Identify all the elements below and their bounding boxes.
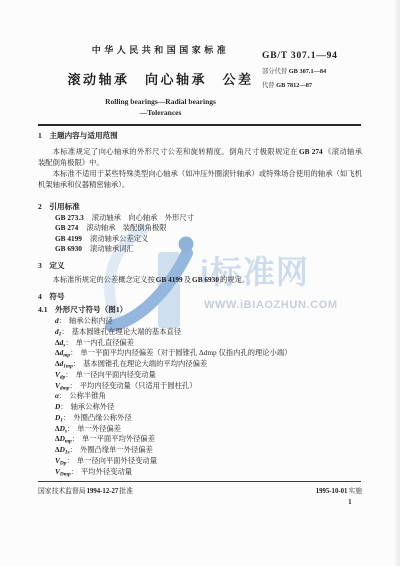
- symbol-item: Δdmp：单一平面平均内径偏差（对于圆锥孔 Δdmp 仅指内孔的理论小端）: [55, 348, 362, 359]
- symbol-item: ΔDs：单一外径偏差: [55, 424, 362, 435]
- approval-line: 国家技术监督局1994-12-27批准: [38, 485, 133, 495]
- symbol-notation: Vdp：: [55, 370, 76, 379]
- paragraph-text: 本标准规定了向心轴承的外形尺寸公差和旋转精度。倒角尺寸极限规定在: [53, 147, 298, 156]
- symbol-colon: ：: [69, 381, 76, 390]
- symbol-description: 单一径向平面内径变动量: [76, 370, 156, 379]
- symbol-description: 单一内孔直径偏差: [76, 338, 134, 347]
- symbol-item: d1：基本圆锥孔在理论大端的基本直径: [55, 327, 362, 338]
- section-4-1-heading: 4.1 外形尺寸符号（图1）: [38, 305, 362, 315]
- symbol-description: 单一平面平均外径偏差: [82, 434, 155, 443]
- paragraph-text: 本标准所规定的公差概念定义按: [53, 275, 155, 284]
- section-1-paragraph-2: 本标准不适用于某些特殊类型向心轴承（如冲压外圈滚针轴承）或特殊场合使用的轴承（如…: [38, 168, 362, 190]
- reference-item: GB 6930滚动轴承词汇: [55, 244, 355, 254]
- symbol-description: 平均内径变动量（只适用于圆柱孔）: [80, 381, 197, 390]
- page-number: 1: [348, 497, 352, 506]
- paragraph-text: 的规定。: [220, 275, 249, 284]
- symbol-notation: d：: [55, 316, 69, 325]
- symbol-colon: ：: [61, 327, 68, 336]
- symbol-colon: ：: [70, 348, 77, 357]
- section-1-paragraph-1: 本标准规定了向心轴承的外形尺寸公差和旋转精度。倒角尺寸极限规定在GB 274《滚…: [38, 146, 362, 168]
- section-1-heading: 1 主题内容与适用范围: [38, 131, 362, 141]
- paragraph-text: 及: [184, 275, 191, 284]
- symbol-item: ΔD1s：外圈凸缘单一外径偏差: [55, 445, 362, 456]
- referenced-code: GB 274: [299, 147, 323, 156]
- symbol-colon: ：: [72, 434, 79, 443]
- symbol-notation: VDmp：: [55, 467, 81, 476]
- symbol-colon: ：: [67, 424, 74, 433]
- reference-item: GB 273.3滚动轴承 向心轴承 外形尺寸: [55, 213, 355, 223]
- symbol-notation: D：: [55, 402, 71, 411]
- document-body: 1 主题内容与适用范围 本标准规定了向心轴承的外形尺寸公差和旋转精度。倒角尺寸极…: [38, 0, 362, 566]
- reference-name: 滚动轴承 向心轴承 外形尺寸: [92, 213, 194, 222]
- symbol-colon: ：: [65, 370, 72, 379]
- document-page: i标准网 WWW.iBIAOZHUN.COM 中华人民共和国国家标准 滚动轴承 …: [0, 0, 400, 566]
- section-3-heading: 3 定义: [38, 261, 362, 271]
- symbol-item: VDp：单一径向平面外径变动量: [55, 456, 362, 467]
- symbol-subscript: Dmp: [60, 471, 71, 477]
- symbol-colon: ：: [73, 359, 80, 368]
- symbol-description: 单一平面平均内径偏差（对于圆锥孔 Δdmp 仅指内孔的理论小端）: [80, 348, 291, 357]
- section-2-heading: 2 引用标准: [38, 202, 362, 212]
- reference-name: 滚动轴承公差定义: [90, 234, 148, 243]
- symbol-description: 外圈凸缘公称外径: [73, 413, 131, 422]
- section-3-paragraph: 本标准所规定的公差概念定义按GB 4199及GB 6930的规定。: [38, 274, 362, 285]
- symbol-colon: ：: [71, 467, 78, 476]
- approval-suffix: 批准: [119, 488, 133, 495]
- symbol-description: 公称半锥角: [69, 391, 105, 400]
- symbol-subscript: 1s: [65, 450, 70, 456]
- symbol-description: 平均外径变动量: [81, 467, 132, 476]
- symbol-notation: ΔDmp：: [55, 434, 82, 443]
- symbol-description: 基本圆锥孔在理论大端的基本直径: [72, 327, 181, 336]
- approval-date: 1994-12-27: [87, 488, 119, 495]
- section-4-heading: 4 符号: [38, 292, 362, 302]
- symbol-list: d：轴承公称内径 d1：基本圆锥孔在理论大端的基本直径 Δds：单一内孔直径偏差…: [55, 316, 362, 477]
- symbol-item: D：轴承公称外径: [55, 402, 362, 413]
- reference-name: 滚动轴承 装配倒角极限: [86, 223, 166, 232]
- symbol-notation: ΔDs：: [55, 424, 77, 433]
- symbol-colon: ：: [59, 316, 66, 325]
- symbol-item: α：公称半锥角: [55, 391, 362, 402]
- symbol-item: Vdp：单一径向平面内径变动量: [55, 370, 362, 381]
- reference-name: 滚动轴承词汇: [90, 244, 134, 253]
- approval-org: 国家技术监督局: [38, 488, 86, 495]
- symbol-description: 基本圆锥孔在理论大端的平均内径偏差: [83, 359, 207, 368]
- symbol-subscript: mp: [65, 439, 72, 445]
- symbol-colon: ：: [59, 391, 66, 400]
- symbol-notation: Δd1mp：: [55, 359, 83, 368]
- symbol-description: 轴承公称内径: [69, 316, 113, 325]
- symbol-description: 轴承公称外径: [71, 402, 115, 411]
- implementation-suffix: 实施: [348, 488, 362, 495]
- referenced-code: GB 4199: [156, 275, 183, 284]
- reference-list: GB 273.3滚动轴承 向心轴承 外形尺寸 GB 274滚动轴承 装配倒角极限…: [55, 213, 355, 255]
- symbol-colon: ：: [60, 402, 67, 411]
- reference-code: GB 273.3: [55, 213, 84, 222]
- symbol-item: ΔDmp：单一平面平均外径偏差: [55, 434, 362, 445]
- reference-code: GB 4199: [55, 234, 82, 243]
- symbol-item: D1：外圈凸缘公称外径: [55, 413, 362, 424]
- symbol-description: 单一外径偏差: [77, 424, 121, 433]
- referenced-code: GB 6930: [192, 275, 219, 284]
- symbol-colon: ：: [65, 338, 72, 347]
- symbol-notation: D1：: [55, 413, 73, 422]
- symbol-colon: ：: [70, 445, 77, 454]
- symbol-notation: VDp：: [55, 456, 77, 465]
- symbol-subscript: 1mp: [63, 364, 73, 370]
- symbol-colon: ：: [66, 456, 73, 465]
- implementation-date: 1995-10-01: [316, 488, 348, 495]
- symbol-item: Vdmp：平均内径变动量（只适用于圆柱孔）: [55, 381, 362, 392]
- symbol-notation: Δds：: [55, 338, 76, 347]
- symbol-notation: ΔD1s：: [55, 445, 80, 454]
- symbol-item: VDmp：平均外径变动量: [55, 467, 362, 478]
- reference-code: GB 6930: [55, 244, 82, 253]
- symbol-notation: Δdmp：: [55, 348, 80, 357]
- symbol-notation: d1：: [55, 327, 72, 336]
- reference-item: GB 274滚动轴承 装配倒角极限: [55, 223, 355, 233]
- symbol-colon: ：: [63, 413, 70, 422]
- symbol-item: Δds：单一内孔直径偏差: [55, 338, 362, 349]
- symbol-item: Δd1mp：基本圆锥孔在理论大端的平均内径偏差: [55, 359, 362, 370]
- footer: 国家技术监督局1994-12-27批准 1995-10-01实施: [38, 485, 362, 495]
- symbol-item: d：轴承公称内径: [55, 316, 362, 327]
- symbol-notation: α：: [55, 391, 69, 400]
- implementation-line: 1995-10-01实施: [315, 485, 362, 495]
- reference-code: GB 274: [55, 223, 78, 232]
- symbol-notation: Vdmp：: [55, 381, 80, 390]
- symbol-description: 单一径向平面外径变动量: [77, 456, 157, 465]
- reference-item: GB 4199滚动轴承公差定义: [55, 234, 355, 244]
- symbol-description: 外圈凸缘单一外径偏差: [80, 445, 153, 454]
